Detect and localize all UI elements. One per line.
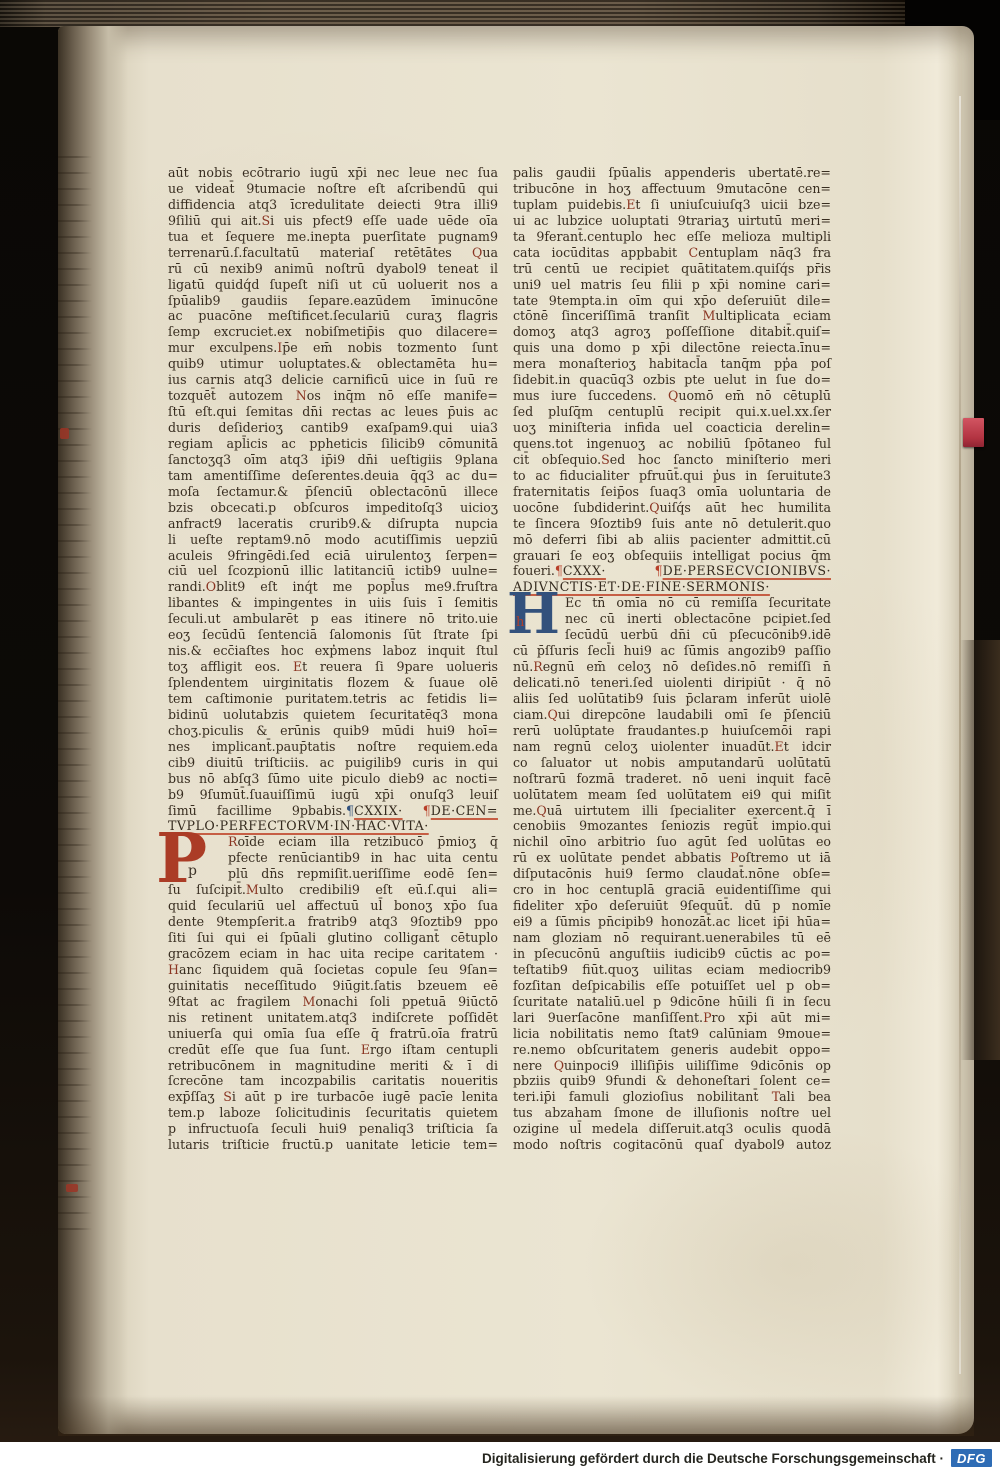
text-line: uocōne ſubdiderint.Quiſq́s aūt hec humil… — [513, 500, 831, 516]
text-line: nam regnū celoʒ uiolenter inuadūt.Et idc… — [513, 739, 831, 755]
text-line: ſanctoʒq3 oīm atq3 ip̄i9 dn̄i ueſtigiis … — [168, 452, 498, 468]
text-line: delicati.nō teneri.ſed uiolenti diripiūt… — [513, 675, 831, 691]
text-line: quid ſeculariū uel affectuū ul̄ bonoʒ xp… — [168, 898, 498, 914]
text-line: diſputacōnis hui9 ſermo claudat̄.nōne ob… — [513, 866, 831, 882]
text-line: me.Quā uirtutem illi ſpecialiter exercen… — [513, 803, 831, 819]
book-scan: aūt nobis ecōtrario iugū xp̄i nec leue n… — [0, 0, 1000, 1474]
book-page: aūt nobis ecōtrario iugū xp̄i nec leue n… — [58, 26, 974, 1434]
illuminated-initial-P: Pp — [156, 829, 207, 890]
text-line: domoʒ atq3 agroʒ poſſeſſione ditabit̄.qu… — [513, 324, 831, 340]
text-line: ctōnē ſinceriſſimā tranſit Multiplicata … — [513, 308, 831, 324]
text-line: cib9 diuitū triſticiis. ac puigilib9 cur… — [168, 755, 498, 771]
text-line: noſtrarū fozmā traderet. nō ueni inquit … — [513, 771, 831, 787]
text-line: nec cū inerti oblectacōne pcipiet.ſed — [513, 611, 831, 627]
text-line: fideliter xp̄o deſeruiūt 9ſequūt̄. dū p … — [513, 898, 831, 914]
text-line: ſidebit.in quacūq3 ozbis pte uelut in ſu… — [513, 372, 831, 388]
text-line: fozſitan deſpicabilis eſſe potuiſſet uel… — [513, 978, 831, 994]
text-line: te ſincera 9ſoztib9 ſuis ante nō detuler… — [513, 516, 831, 532]
text-line: nis retinent unitatem.atq3 indiſcrete po… — [168, 1010, 498, 1026]
text-line: aculeis 9fringēdi.ſed eciā uirulentoʒ ſe… — [168, 548, 498, 564]
text-line: cata iocūditas appbabit Centuplam nāq3 f… — [513, 245, 831, 261]
text-line: rerū uolūptate fraudantes.p huiuſcemōi r… — [513, 723, 831, 739]
text-line: re.nemo obſcuritatem generis audebit opp… — [513, 1042, 831, 1058]
text-line: lari 9uerſacōne manſiſſent.Pro xp̄i aūt … — [513, 1010, 831, 1026]
text-line: fraternitatis ſeip̄os ſuaq3 omīa uolunta… — [513, 484, 831, 500]
text-line: tua et ſequere me.inepta puerſitate pugn… — [168, 229, 498, 245]
text-line: mur exculpens.Ip̄e em̄ nobis tozmento ſu… — [168, 340, 498, 356]
text-line: bus nō abſq3 ſūmo uite piculo dieb9 ac n… — [168, 771, 498, 787]
text-line: ſpūalib9 gaudiis ſepare.eazūdem īminucōn… — [168, 293, 498, 309]
text-line: ac puacōne meſtificet.ſeculariū curaʒ fl… — [168, 308, 498, 324]
text-line: cū p̄ſſuris ſecl̄i hui9 ac ſūmis angozib… — [513, 643, 831, 659]
text-line: nes implicant̄.paup̄tatis noſtre requiem… — [168, 739, 498, 755]
text-line: quib9 utimur uoluptates.& oblectamēta hu… — [168, 356, 498, 372]
text-line: grauari ſe eoʒ obſequiis intelligat poci… — [513, 548, 831, 564]
text-line: tate 9tempta.in oīm qui xp̄o deſeruiūt d… — [513, 293, 831, 309]
text-line: 9ſtat ac fragilem Monachi ſoli ppetuā 9i… — [168, 994, 498, 1010]
text-line: tem.p laboze ſolicitudinis ſecuritatis q… — [168, 1105, 498, 1121]
text-line: ſimū facillime 9pbabis.¶CXXIX· ¶DE·CEN= — [168, 803, 498, 819]
text-line: Ec tn̄ omīa nō cū remiſſa ſecuritate — [513, 595, 831, 611]
text-line: moſa ſectamur.& p̄ſenciū oblectacōnū ill… — [168, 484, 498, 500]
text-line: tozquēt̄ autozem Nos inq̄m nō eſſe manif… — [168, 388, 498, 404]
text-line: choʒ.piculis & erūnis quib9 mūdi hui9 ho… — [168, 723, 498, 739]
text-line: exp̄ſſaʒ Si aūt p ire turbacōe iugē pacī… — [168, 1089, 498, 1105]
text-line: bidinū uolutabzis quietem ſecuritatēq3 m… — [168, 707, 498, 723]
text-line: duris deſiderioʒ cantib9 exaſpam9.qui ui… — [168, 420, 498, 436]
text-line: b9 9ſumūt̄.ſuauiſſimū iugū xp̄i onuſq3 l… — [168, 787, 498, 803]
text-line: li ueſte reptam9.nō modo acutiſſimis uep… — [168, 532, 498, 548]
text-line: cro in hoc centuplā graciā euidentiſſime… — [513, 882, 831, 898]
text-line: ligatū quidq́d ſupeſt niſi ut cū uolueri… — [168, 277, 498, 293]
bookmark-tab — [963, 418, 984, 447]
text-line: cenobiis 9mozantes ſeniozis regūt̄ impio… — [513, 818, 831, 834]
text-line: quis una domo p xp̄i dilectōne reiecta.ī… — [513, 340, 831, 356]
text-line: pfecte renūciantib9 in hac uita centu — [168, 850, 498, 866]
text-line: ſcrecōne tam incozpabilis caritatis noue… — [168, 1073, 498, 1089]
text-line: uolūtatem meam ſed uolūtatem ei9 qui miſ… — [513, 787, 831, 803]
text-line: TVPLO·PERFECTORVM·IN·HAC·VITA· — [168, 818, 498, 834]
text-line: ue videat̄ 9tumacie noſtre eſt aſcribend… — [168, 181, 498, 197]
text-line: ius carnis atq3 delicie carnificū uice i… — [168, 372, 498, 388]
text-line: teſtatib9 fiūt.quoʒ uilitas eciam medioc… — [513, 962, 831, 978]
text-line: gracōzem eciam in hac uita recipe carita… — [168, 946, 498, 962]
gutter-rubric-mark — [60, 428, 69, 439]
text-line: ui ac lubzice uoluptati 9trariaʒ uirtutū… — [513, 213, 831, 229]
book-gutter-shadow — [58, 26, 128, 1434]
initial-guide-letter: p — [188, 865, 197, 878]
text-line: lutaris triſticie fructū.p uanitate leti… — [168, 1137, 498, 1153]
text-line: to ac fiducialiter pfruūt̄.qui p̓us in ſ… — [513, 468, 831, 484]
text-line: rū cū nexib9 animū noſtrū dyabol9 teneat… — [168, 261, 498, 277]
text-line: terrenarū.ſ.facultatū materiaſ retētātes… — [168, 245, 498, 261]
text-line: dente 9tempſerit.a fratrib9 atq3 9ſoztib… — [168, 914, 498, 930]
text-line: nam gloziam nō requirant.uenerabiles tū … — [513, 930, 831, 946]
text-line: retribucōnem in magnitudine meriti & ī d… — [168, 1058, 498, 1074]
column-right: palis gaudii ſpūalis appenderis ubertatē… — [513, 165, 831, 1153]
text-line: uoʒ miniſteria infida uel coacticia dere… — [513, 420, 831, 436]
text-line: ſcuritate nataliū.uel p 9dicōne hūili ſi… — [513, 994, 831, 1010]
text-line: libantes & impingentes in uiis ſuis ī ſe… — [168, 595, 498, 611]
text-line: foueri.¶CXXX· ¶DE·PERSECVCIONIBVS· — [513, 563, 831, 579]
text-line: palis gaudii ſpūalis appenderis ubertatē… — [513, 165, 831, 181]
text-line: nere Quinpoci9 illiſip̄is uiliſſime 9dic… — [513, 1058, 831, 1074]
initial-guide-letter: h — [516, 617, 524, 629]
text-line: toʒ affligit eos. Et reuera ſi 9pare uol… — [168, 659, 498, 675]
gutter-page-fragment — [58, 156, 92, 1236]
text-line: randi.Oblit9 eſt inq́t me popl̄us me9.fr… — [168, 579, 498, 595]
gutter-rubric-mark — [66, 1184, 78, 1192]
text-line: 9ſiliū qui ait.Si uis pfect9 eſſe uade u… — [168, 213, 498, 229]
text-line: bzis obcecati.p obſcuros impeditoſq3 uic… — [168, 500, 498, 516]
book-top-page-edges — [0, 0, 905, 27]
text-line: licia nobilitatis nemo ſtat9 calūniam 9m… — [513, 1026, 831, 1042]
text-line: ſecūdū uerbū dn̄i cū pſecucōnib9.idē — [513, 627, 831, 643]
text-line: mera monaſterioʒ habitacl̄a tanq̄m pp̓a … — [513, 356, 831, 372]
dfg-logo: DFG — [951, 1449, 992, 1467]
text-line: quens.tot ingenuoʒ ac nobiliū ſpōtaneo f… — [513, 436, 831, 452]
text-line: ſed pluſq̄m centuplū recipit qui.x.uel.x… — [513, 404, 831, 420]
text-line: ſiti ſui qui ei ſpūali glutino colligant… — [168, 930, 498, 946]
text-line: regiam apl̄icis ac ppheticis ſilicib9 cō… — [168, 436, 498, 452]
text-line: ſu ſuſcipit̄.Multo credibili9 eſt eū.ſ.q… — [168, 882, 498, 898]
illuminated-initial-H: Hh — [507, 589, 560, 639]
text-line: ozigine ul̄ medela diſſeruit.atq3 oculis… — [513, 1121, 831, 1137]
column-left: aūt nobis ecōtrario iugū xp̄i nec leue n… — [168, 165, 498, 1153]
text-line: aliis ſed uolūtatib9 ſuis p̄claram infer… — [513, 691, 831, 707]
text-line: rū ex uolūtate pendet abbatis Poſtremo u… — [513, 850, 831, 866]
text-line: in pſecucōnū anguſtiis iudicib9 cūctis a… — [513, 946, 831, 962]
text-line: tribucōne in hoʒ affectuum 9mutacōne cen… — [513, 181, 831, 197]
text-line: nū.Regnū em̄ celoʒ nō deſides.nō remiſſi… — [513, 659, 831, 675]
text-line: cit̄ obſequio.Sed hoc ſancto miniſterio … — [513, 452, 831, 468]
text-line: modo noſtris cogitacōnū quaſ dyabol9 aut… — [513, 1137, 831, 1153]
text-line: ei9 a ſūmis pn̄cipib9 honozāt̄.ac licet … — [513, 914, 831, 930]
text-line: ſeculi.ut ambularēt p eas itinere nō tri… — [168, 611, 498, 627]
text-line: tuplam puidebis.Et ſi uniuſcuiuſq3 uicii… — [513, 197, 831, 213]
text-line: aūt nobis ecōtrario iugū xp̄i nec leue n… — [168, 165, 498, 181]
dfg-footer: Digitalisierung gefördert durch die Deut… — [0, 1442, 1000, 1474]
text-line: trū centū ue recipiet quātitatem.quiſq́s… — [513, 261, 831, 277]
footer-credit-text: Digitalisierung gefördert durch die Deut… — [482, 1451, 944, 1466]
text-line: teri.ip̄i famuli glozioſius nobilitant̄ … — [513, 1089, 831, 1105]
text-line: Hanc ſiquidem quā ſocietas copule ſeu 9ſ… — [168, 962, 498, 978]
text-line: ſtū eſt.qui ſemitas dn̄i rectas ac leues… — [168, 404, 498, 420]
text-line: mō deferri ſibi ab aliis pacienter admit… — [513, 532, 831, 548]
text-line: nis.& ecc̄iaſtes hoc exp̓mens laboz inqu… — [168, 643, 498, 659]
text-line: ſemp excruciet.ex nobiſmetip̄is quo dila… — [168, 324, 498, 340]
text-line: ciam.Qui direpcōne laudabili omī ſe p̄ſe… — [513, 707, 831, 723]
text-line: eoʒ ſecūdū ſentenciā ſalomonis ſūt ſtrat… — [168, 627, 498, 643]
text-line: uni9 uel matris ſeu filii p xp̄i nomine … — [513, 277, 831, 293]
text-line: plū dn̄s repmiſit.ueriſſime eodē ſen= — [168, 866, 498, 882]
text-line: pbziis quib9 9fundi & dehoneſtari ſolent… — [513, 1073, 831, 1089]
text-line: tus abzaham ſmone de illuſionis noſtre u… — [513, 1105, 831, 1121]
text-line: guinitatis neceſſitudo 9iūgit.ſatis bzeu… — [168, 978, 498, 994]
text-line: ta 9ferant̄.centuplo hec eſſe melioza mu… — [513, 229, 831, 245]
page-bottom-shadow — [58, 1396, 974, 1436]
text-line: p infructuoſa ſeculi hui9 penaliq3 triſt… — [168, 1121, 498, 1137]
text-line: Roīde eciam illa retzibucō p̄mioʒ q̄ — [168, 834, 498, 850]
text-line: diffidencia atq3 īcredulitate deiecti 9t… — [168, 197, 498, 213]
text-line: uniuerſa qui omīa ſua eſſe q̄ fratrū.oīa… — [168, 1026, 498, 1042]
text-line: tam amentiſſime deſerentes.deuia q̄q3 ac… — [168, 468, 498, 484]
text-line: ADIVNCTIS·ET·DE·FINE·SERMONIS· — [513, 579, 831, 595]
text-line: mus iure ſuccedens. Quomō em̄ nō cētuplū — [513, 388, 831, 404]
text-line: credūt eſſe que ſua ſunt. Ergo iſtam cen… — [168, 1042, 498, 1058]
text-line: anfract9 laceratis crurib9.& diſrupta nu… — [168, 516, 498, 532]
text-line: nichil oīno arbitrio ſuo agūt ſed uolūta… — [513, 834, 831, 850]
text-line: tem caſtimonie puritatem.tetris ac fetid… — [168, 691, 498, 707]
text-line: ciū uel ſcozpionū illic latitanciū ictib… — [168, 563, 498, 579]
text-line: co ſaluator ut nobis amputandarū uolūtat… — [513, 755, 831, 771]
text-line: ſplendentem uirginitatis flozem & ſuaue … — [168, 675, 498, 691]
book-fore-edge — [960, 640, 1000, 1060]
